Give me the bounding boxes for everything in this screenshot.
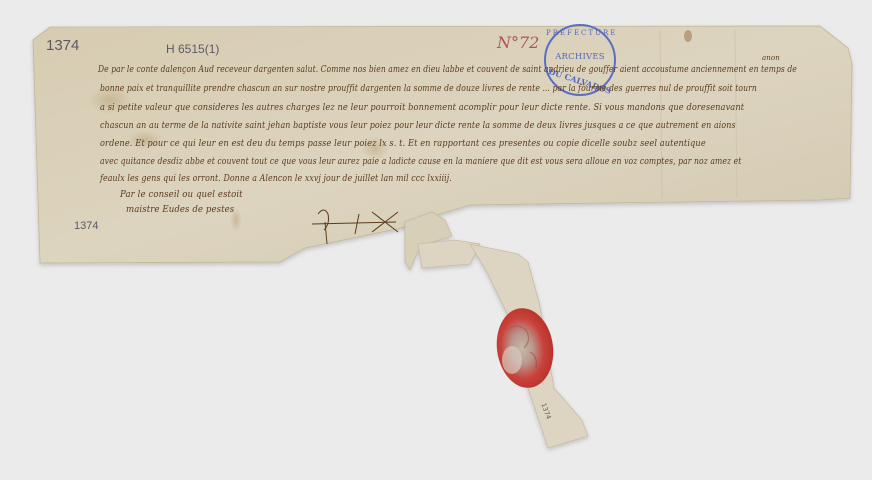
text-line-4: chascun an au terme de la nativite saint…	[100, 120, 736, 131]
text-line-7: feaulx les gens qui les orront. Donne a …	[100, 173, 452, 184]
stamp-center-text: ARCHIVES	[546, 52, 614, 62]
text-line-2: bonne paix et tranquillite prendre chasc…	[100, 83, 757, 94]
text-line-3: a si petite valeur que consideres les au…	[100, 102, 744, 113]
subscription-line-2: maistre Eudes de pestes	[126, 205, 234, 215]
charter-text-layer: 1374 H 6515(1) N°72 PRÉFECTURE ARCHIVES …	[0, 0, 872, 480]
interlinear-note: anon	[762, 54, 780, 62]
text-line-6: avec quitance desdiz abbe et couvent tou…	[100, 156, 741, 167]
red-number: N°72	[497, 33, 539, 52]
document-viewer: 1374 H 6515(1) N°72 PRÉFECTURE ARCHIVES …	[0, 0, 872, 480]
pencil-date-bottom: 1374	[74, 220, 98, 232]
pencil-shelfmark: H 6515(1)	[166, 42, 219, 56]
tag-inscription: 1374	[539, 402, 552, 420]
stamp-top-text: PRÉFECTURE	[546, 29, 614, 37]
text-line-5: ordene. Et pour ce qui leur en est deu d…	[100, 138, 706, 149]
pencil-date-top: 1374	[46, 37, 79, 54]
text-line-1: De par le conte dalençon Aud receveur da…	[98, 64, 797, 75]
subscription-line-1: Par le conseil ou quel estoit	[120, 190, 243, 200]
